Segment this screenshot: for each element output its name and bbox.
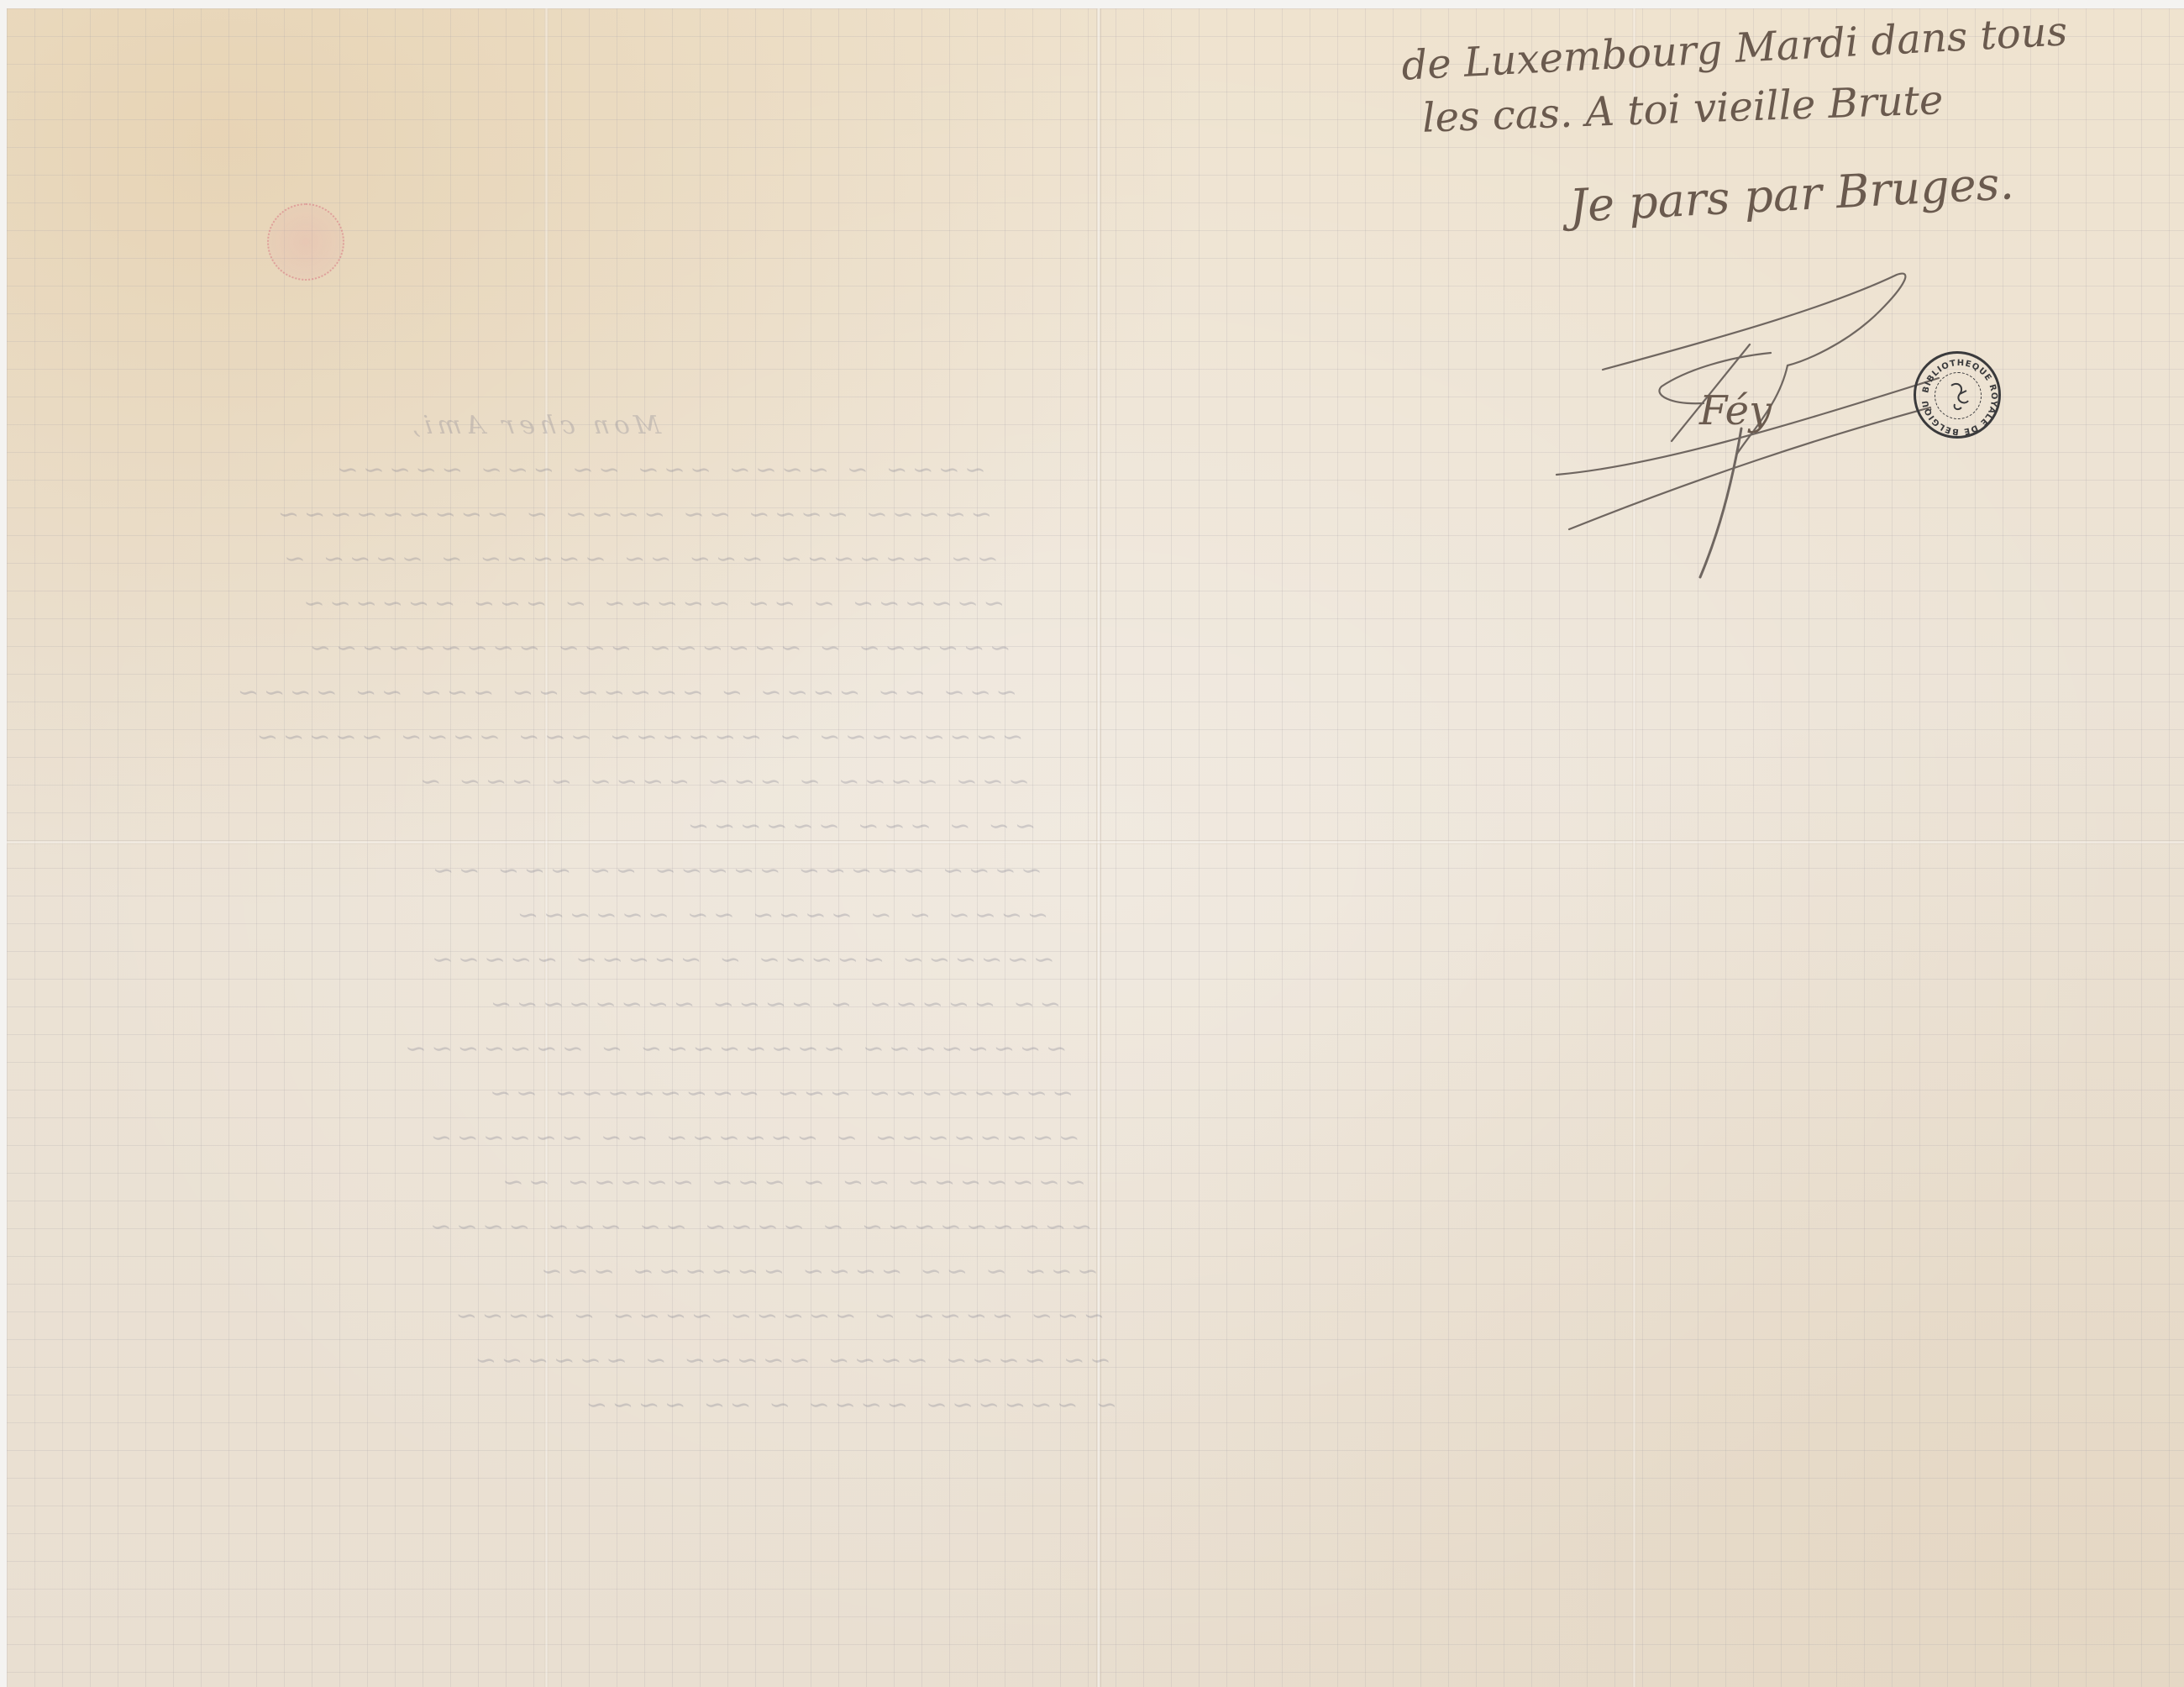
bleed-line: ~~~~ ~~~~~ ~~~~~ ~~ ~~~ ~~ — [31, 849, 1045, 893]
bleed-line: ~~ ~~~~~ ~ ~~~~ ~~~~~~~~ — [50, 982, 1063, 1027]
bleed-line: ~~~~~~~ ~~ ~ ~~~ ~~~~~ ~~ — [75, 1160, 1089, 1205]
stamp-text: BIBLIOTHEQUE ROYALE DE BELGIQUE — [1916, 354, 1998, 436]
bleed-line: ~~ ~~~~ ~~~~ ~~~~~ ~ ~~~~~~ — [100, 1338, 1114, 1383]
bleed-line: ~~~~~ ~~~~ ~~ ~~~~ ~ ~~~~~~~~~ — [0, 492, 995, 537]
lion-emblem-icon — [1951, 384, 1968, 409]
bleed-line: ~~~~ ~ ~~~~ ~~~ ~~ ~~~ ~~~~~ — [0, 448, 989, 492]
bleed-line: ~~~~~~~~ ~~~~~~~~ ~ ~~~~~~~ — [56, 1027, 1070, 1071]
bleed-line: ~ ~~~~~~ ~~~~ ~ ~~ ~~~~ — [106, 1383, 1120, 1427]
bleed-line: ~~~~~~~~ ~ ~~~~~~ ~~~ ~~~~ ~~~~~ — [12, 715, 1026, 759]
library-stamp-icon: BIBLIOTHEQUE ROYALE DE BELGIQUE — [1914, 351, 2001, 439]
bleed-line: ~~~ ~~~~ ~ ~~~~~ ~~~~ ~ ~~~~ — [93, 1294, 1107, 1338]
bleed-line: ~~~ ~~~~ ~ ~~~ ~~~~ ~ ~~~ ~ — [18, 759, 1032, 804]
center-fold — [1096, 8, 1101, 1687]
letter-sheet: Mon cher Ami, ~~~~ ~ ~~~~ ~~~ ~~ ~~~ ~~~… — [7, 8, 2184, 1687]
bleed-line: ~~~~~~~~ ~~~ ~~~~~~~~ ~~ — [62, 1071, 1076, 1116]
red-library-stamp-icon — [267, 203, 344, 281]
bleed-through-text: Mon cher Ami, ~~~~ ~ ~~~~ ~~~ ~~ ~~~ ~~~… — [0, 403, 1121, 1427]
bleed-line: ~~~~ ~ ~ ~~~~ ~~ ~~~~~~ — [37, 893, 1051, 938]
signature-text: Féy — [1698, 387, 1772, 434]
bleed-line: Mon cher Ami, — [0, 403, 983, 448]
bleed-line: ~~ ~~~~~~ ~~~ ~~ ~~~~~ ~ ~~~~ ~ — [0, 537, 1001, 581]
bleed-line: ~~~~~~ ~~~~~ ~ ~~~~~ ~~~~~ — [44, 938, 1058, 982]
bleed-line: ~~ ~ ~~~ ~~~~~~ — [24, 804, 1038, 849]
bleed-line: ~~~~~~~~ ~ ~~~~~~ ~~ ~~~~~~ — [69, 1116, 1083, 1160]
svg-text:BIBLIOTHEQUE ROYALE DE BELGIQU: BIBLIOTHEQUE ROYALE DE BELGIQUE — [1916, 354, 1998, 436]
bleed-line: ~~~ ~ ~~ ~~~~ ~~~~~~ ~~~ — [87, 1249, 1101, 1294]
bleed-line: ~~~ ~~ ~~~~ ~ ~~~~~ ~~ ~~~ ~~ ~~~~ — [6, 670, 1020, 715]
bleed-line: ~~~~~~~~~ ~ ~~~~ ~~ ~~~ ~~~~ — [81, 1205, 1095, 1249]
bleed-line: ~~~~~~ ~ ~~~~~~ ~~~ ~~~~~~~~~ — [0, 626, 1014, 670]
bleed-line: ~~~~~~ ~ ~~ ~~~~~ ~ ~~~ ~~~~~~ — [0, 581, 1008, 626]
stamp-text-ring: BIBLIOTHEQUE ROYALE DE BELGIQUE — [1916, 354, 2003, 441]
